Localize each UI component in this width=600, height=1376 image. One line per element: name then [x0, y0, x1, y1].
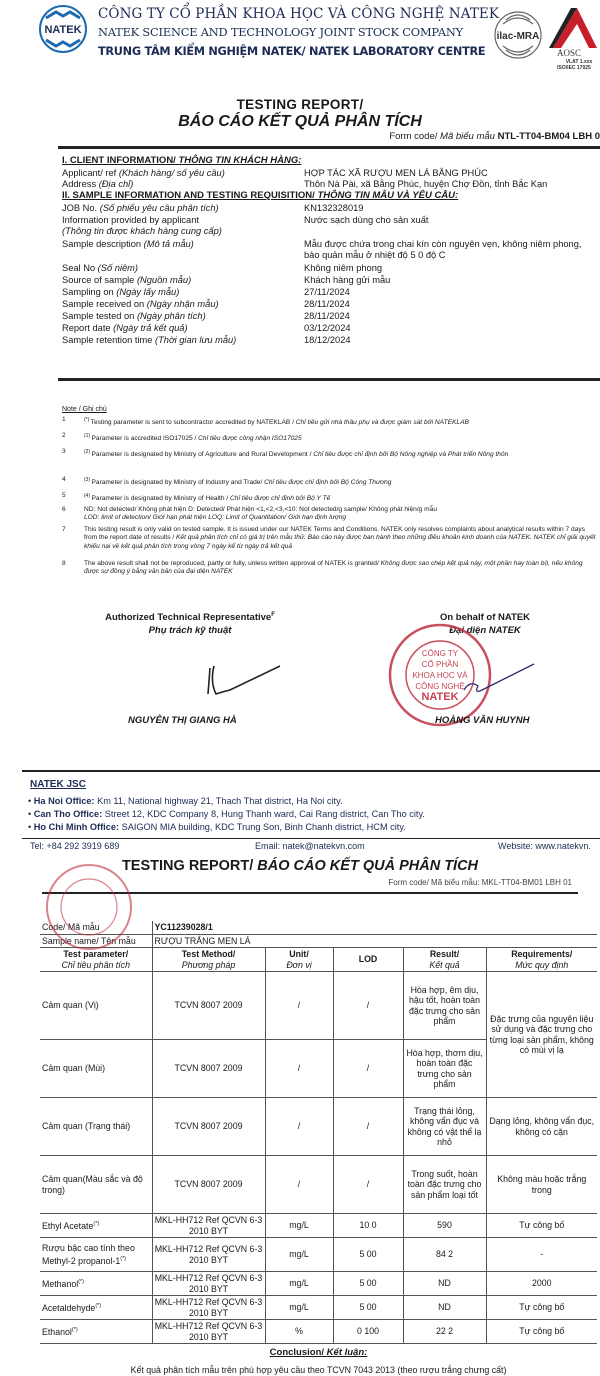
- note-number: 8: [62, 560, 72, 568]
- info-label: Address (Địa chỉ): [62, 179, 292, 190]
- table-row: Cảm quan (Vị)TCVN 8007 2009//Hòa hợp, êm…: [40, 972, 597, 1040]
- requirement-cell: -: [486, 1238, 597, 1272]
- natek-globe-logo: NATEK: [38, 4, 88, 54]
- tel: Tel: +84 292 3919 689: [30, 841, 119, 851]
- info-value: Nước sạch dùng cho sản xuất: [304, 215, 596, 226]
- form-code-label: Form code/: [389, 131, 440, 142]
- result-cell: 22 2: [403, 1320, 486, 1344]
- sample-info-heading: II. SAMPLE INFORMATION AND TESTING REQUI…: [62, 190, 458, 201]
- result-cell: Trạng thái lỏng, không vẩn đục và không …: [403, 1098, 486, 1156]
- email-link[interactable]: Email: natek@natekvn.com: [255, 841, 365, 851]
- table-row: Cảm quan(Màu sắc và độ trong)TCVN 8007 2…: [40, 1156, 597, 1214]
- column-header: Requirements/Mức quy định: [486, 948, 597, 972]
- result-cell: ND: [403, 1296, 486, 1320]
- info-value: Mẫu được chứa trong chai kín còn nguyên …: [304, 239, 596, 261]
- param-cell: Ethanol(*): [40, 1320, 152, 1344]
- method-cell: TCVN 8007 2009: [152, 1098, 265, 1156]
- lod-cell: /: [333, 1156, 403, 1214]
- client-info-heading: I. CLIENT INFORMATION/ THÔNG TIN KHÁCH H…: [62, 155, 301, 166]
- param-cell: Acetaldehyde(*): [40, 1296, 152, 1320]
- result-cell: Hòa hợp, êm dịu, hậu tốt, hoàn toàn đặc …: [403, 972, 486, 1040]
- result-cell: Hòa hợp, thơm dịu, hoàn toàn đặc trưng c…: [403, 1040, 486, 1098]
- note-number: 4: [62, 476, 72, 484]
- laboratory-centre: TRUNG TÂM KIỂM NGHIỆM NATEK/ NATEK LABOR…: [98, 45, 488, 58]
- info-label: Sample description (Mô tả mẫu): [62, 239, 292, 250]
- info-value: 18/12/2024: [304, 335, 596, 346]
- info-label: Sample retention time (Thời gian lưu mẫu…: [62, 335, 292, 346]
- svg-text:CỔ PHẦN: CỔ PHẦN: [422, 659, 459, 669]
- note-text: This testing result is only valid on tes…: [84, 526, 598, 551]
- param-cell: Cảm quan (Mùi): [40, 1040, 152, 1098]
- info-label: Sample received on (Ngày nhận mẫu): [62, 299, 292, 310]
- note-text: (4) Parameter is designated by Ministry …: [84, 492, 598, 504]
- info-label: Sampling on (Ngày lấy mẫu): [62, 287, 292, 298]
- info-value: Không niêm phong: [304, 263, 596, 274]
- form-code: Form code/ Mã biểu mẫu NTL-TT04-BM04 LBH…: [389, 131, 600, 142]
- lod-cell: 10 0: [333, 1214, 403, 1238]
- requirement-cell: Đặc trưng của nguyên liệu sử dụng và đặc…: [486, 972, 597, 1098]
- lod-cell: 5 00: [333, 1296, 403, 1320]
- form-code-label-vn: Mã biểu mẫu: [440, 131, 495, 142]
- info-label: Sample tested on (Ngày phân tích): [62, 311, 292, 322]
- company-name-en: NATEK SCIENCE AND TECHNOLOGY JOINT STOCK…: [98, 25, 488, 39]
- svg-text:ilac-MRA: ilac-MRA: [497, 31, 540, 42]
- info-label: Seal No (Số niêm): [62, 263, 292, 274]
- method-cell: MKL-HH712 Ref QCVN 6-3 2010 BYT: [152, 1296, 265, 1320]
- info-value: 28/11/2024: [304, 311, 596, 322]
- code-value: YC11239028/1: [152, 921, 597, 934]
- unit-cell: mg/L: [265, 1214, 333, 1238]
- footer-divider: [22, 770, 600, 772]
- info-label: Report date (Ngày trả kết quả): [62, 323, 292, 334]
- table-row: Cảm quan (Trạng thái)TCVN 8007 2009//Trạ…: [40, 1098, 597, 1156]
- method-cell: MKL-HH712 Ref QCVN 6-3 2010 BYT: [152, 1272, 265, 1296]
- sig-subtitle-left: Phụ trách kỹ thuật: [90, 625, 290, 636]
- unit-cell: mg/L: [265, 1296, 333, 1320]
- requirement-cell: 2000: [486, 1272, 597, 1296]
- office-address: • Ho Chi Minh Office: SAIGON MIA buildin…: [28, 822, 406, 832]
- requirement-cell: Không màu hoặc trắng trong: [486, 1156, 597, 1214]
- info-label: Source of sample (Nguồn mẫu): [62, 275, 292, 286]
- requirement-cell: Dạng lỏng, không vẩn đục, không có cặn: [486, 1098, 597, 1156]
- method-cell: TCVN 8007 2009: [152, 1040, 265, 1098]
- requirement-cell: Tự công bố: [486, 1296, 597, 1320]
- info-label: Applicant/ ref (Khách hàng/ số yêu cầu): [62, 168, 292, 179]
- form-code-value: NTL-TT04-BM04 LBH 0: [495, 131, 600, 142]
- result-cell: 590: [403, 1214, 486, 1238]
- report-title-en: TESTING REPORT/: [0, 97, 600, 112]
- method-cell: MKL-HH712 Ref QCVN 6-3 2010 BYT: [152, 1238, 265, 1272]
- unit-cell: mg/L: [265, 1272, 333, 1296]
- info-value: Khách hàng gửi mẫu: [304, 275, 596, 286]
- sig-title-left: Authorized Technical RepresentativeF: [90, 612, 290, 623]
- svg-text:NATEK: NATEK: [421, 691, 458, 703]
- svg-text:ISO/IEC 17025: ISO/IEC 17025: [557, 65, 591, 70]
- unit-cell: mg/L: [265, 1238, 333, 1272]
- svg-text:AOSC: AOSC: [557, 48, 581, 58]
- table-row: Methanol(*)MKL-HH712 Ref QCVN 6-3 2010 B…: [40, 1272, 597, 1296]
- conclusion-text: Kết quả phân tích mẫu trên phù hợp yêu c…: [42, 1365, 595, 1376]
- result-cell: Trong suốt, hoàn toàn đặc trưng cho sản …: [403, 1156, 486, 1214]
- conclusion-heading: Conclusion/ Kết luận:: [42, 1348, 595, 1359]
- info-value: 28/11/2024: [304, 299, 596, 310]
- table-row: Ethyl Acetate(*)MKL-HH712 Ref QCVN 6-3 2…: [40, 1214, 597, 1238]
- result-cell: 84 2: [403, 1238, 486, 1272]
- unit-cell: /: [265, 1098, 333, 1156]
- lod-cell: /: [333, 1098, 403, 1156]
- requirement-cell: Tự công bố: [486, 1320, 597, 1344]
- param-cell: Methanol(*): [40, 1272, 152, 1296]
- notes-heading: Note / Ghi chú: [62, 406, 107, 413]
- note-number: 6: [62, 506, 72, 514]
- unit-cell: /: [265, 1156, 333, 1214]
- letterhead: NATEK CÔNG TY CỔ PHẦN KHOA HỌC VÀ CÔNG N…: [0, 0, 600, 78]
- divider: [58, 378, 600, 381]
- info-value: HỢP TÁC XÃ RƯỢU MEN LÁ BẰNG PHÚC: [304, 168, 596, 179]
- note-number: 3: [62, 448, 72, 456]
- svg-text:CÔNG TY: CÔNG TY: [422, 649, 459, 658]
- note-number: 5: [62, 492, 72, 500]
- unit-cell: %: [265, 1320, 333, 1344]
- signature-right: [460, 660, 540, 700]
- office-address: • Ha Noi Office: Km 11, National highway…: [28, 796, 343, 806]
- note-text: (3) Parameter is designated by Ministry …: [84, 476, 598, 488]
- page2-form-code: Form code/ Mã biểu mẫu: MKL-TT04-BM01 LB…: [388, 878, 572, 887]
- method-cell: MKL-HH712 Ref QCVN 6-3 2010 BYT: [152, 1320, 265, 1344]
- conclusion-cell: Conclusion/ Kết luận:Kết quả phân tích m…: [40, 1344, 597, 1376]
- table-row: Rượu bậc cao tính theo Methyl-2 propanol…: [40, 1238, 597, 1272]
- column-header: Test Method/Phương pháp: [152, 948, 265, 972]
- svg-text:NATEK: NATEK: [44, 24, 81, 36]
- method-cell: TCVN 8007 2009: [152, 972, 265, 1040]
- aosc-logo: AOSC VLAT 1.xxx ISO/IEC 17025: [547, 4, 600, 70]
- info-value: Thôn Nà Pài, xã Bằng Phúc, huyện Chợ Đồn…: [304, 179, 596, 190]
- note-text: (*) Testing parameter is sent to subcont…: [84, 416, 598, 428]
- requirement-cell: Tự công bố: [486, 1214, 597, 1238]
- info-label: JOB No. (Số phiếu yêu cầu phân tích): [62, 203, 292, 214]
- sig-name-right: HOÀNG VĂN HUYNH: [435, 715, 529, 726]
- letterhead-text: CÔNG TY CỔ PHẦN KHOA HỌC VÀ CÔNG NGHỆ NA…: [98, 6, 488, 58]
- table-row: Ethanol(*)MKL-HH712 Ref QCVN 6-3 2010 BY…: [40, 1320, 597, 1344]
- sample-name-value: RƯỢU TRẮNG MEN LÁ: [152, 934, 597, 948]
- column-header: Unit/Đơn vị: [265, 948, 333, 972]
- column-header: LOD: [333, 948, 403, 972]
- table-row: Acetaldehyde(*)MKL-HH712 Ref QCVN 6-3 20…: [40, 1296, 597, 1320]
- sig-name-left: NGUYỄN THỊ GIANG HÀ: [128, 715, 237, 726]
- unit-cell: /: [265, 1040, 333, 1098]
- technical-representative-block: Authorized Technical RepresentativeF Phụ…: [90, 612, 290, 636]
- param-cell: Rượu bậc cao tính theo Methyl-2 propanol…: [40, 1238, 152, 1272]
- footer-company: NATEK JSC: [30, 779, 86, 790]
- unit-cell: /: [265, 972, 333, 1040]
- column-header: Result/Kết quả: [403, 948, 486, 972]
- footer-divider: [22, 838, 600, 839]
- method-cell: TCVN 8007 2009: [152, 1156, 265, 1214]
- note-text: (1) Parameter is accredited ISO17025 / C…: [84, 432, 598, 444]
- param-cell: Cảm quan(Màu sắc và độ trong): [40, 1156, 152, 1214]
- svg-text:CÔNG NGHỆ: CÔNG NGHỆ: [415, 682, 464, 691]
- note-number: 1: [62, 416, 72, 424]
- lod-cell: 0 100: [333, 1320, 403, 1344]
- param-cell: Cảm quan (Trạng thái): [40, 1098, 152, 1156]
- result-cell: ND: [403, 1272, 486, 1296]
- office-address: • Can Tho Office: Street 12, KDC Company…: [28, 809, 425, 819]
- info-value: 27/11/2024: [304, 287, 596, 298]
- lod-cell: 5 00: [333, 1238, 403, 1272]
- ilac-mra-logo: ilac-MRA: [493, 6, 543, 64]
- info-label: Information provided by applicant: [62, 215, 292, 226]
- website-link[interactable]: Website: www.natekvn.: [498, 841, 591, 851]
- lod-cell: 5 00: [333, 1272, 403, 1296]
- results-table: Code/ Mã mẫu YC11239028/1 Sample name/ T…: [40, 921, 597, 1376]
- report-title-vn: BÁO CÁO KẾT QUẢ PHÂN TÍCH: [0, 113, 600, 131]
- note-number: 2: [62, 432, 72, 440]
- conclusion-row: Conclusion/ Kết luận:Kết quả phân tích m…: [40, 1344, 597, 1376]
- info-label: (Thông tin được khách hàng cung cấp): [62, 226, 292, 237]
- lod-cell: /: [333, 1040, 403, 1098]
- param-cell: Ethyl Acetate(*): [40, 1214, 152, 1238]
- param-cell: Cảm quan (Vị): [40, 972, 152, 1040]
- info-value: KN132328019: [304, 203, 596, 214]
- info-value: 03/12/2024: [304, 323, 596, 334]
- company-name-vn: CÔNG TY CỔ PHẦN KHOA HỌC VÀ CÔNG NGHỆ NA…: [98, 6, 488, 22]
- lod-cell: /: [333, 972, 403, 1040]
- page2-stamp: [44, 862, 134, 952]
- signature-left: [200, 660, 290, 700]
- note-text: (2) Parameter is designated by Ministry …: [84, 448, 598, 460]
- note-text: ND: Not detected/ Không phát hiện D: Det…: [84, 506, 598, 523]
- note-text: The above result shall not be reproduced…: [84, 560, 598, 577]
- note-number: 7: [62, 526, 72, 534]
- divider: [58, 146, 600, 149]
- method-cell: MKL-HH712 Ref QCVN 6-3 2010 BYT: [152, 1214, 265, 1238]
